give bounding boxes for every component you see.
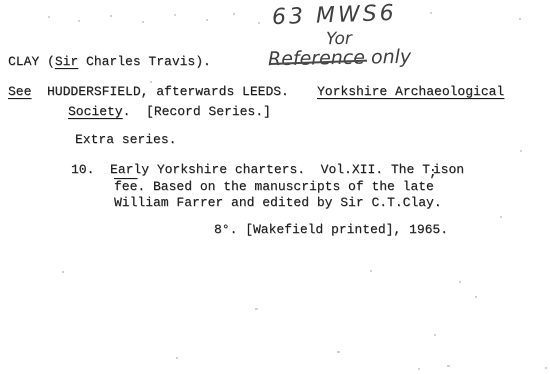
handwritten-note-word2: only [365,46,412,69]
overtyped-semicolon: ; [429,165,432,180]
series-title-line1: Yorkshire Archaeological [317,84,504,99]
extra-series-note: Extra series. [75,132,176,147]
entry-title-part2: ison [433,162,464,177]
series-title-underlined: Yorkshire Archaeological [317,84,504,99]
see-reference-main: HUDDERSFIELD, afterwards LEEDS. [31,84,288,99]
heading-sir-underlined: Sir [55,54,78,69]
heading-line: CLAY (Sir Charles Travis). [8,54,211,69]
entry-gap [94,162,110,177]
handwritten-reference-note: Reference only [268,46,412,70]
catalogue-card: 63 MWS6 Yor Reference only CLAY (Sir Cha… [0,0,550,374]
fee-overlined: fee [114,179,137,194]
entry-line2-rest: . Based on the manuscripts of the late [137,179,433,194]
see-reference-line: See HUDDERSFIELD, afterwards LEEDS. [8,84,289,99]
entry-title-part1: Early Yorkshire charters. Vol.XII. The T [110,162,430,177]
record-series-text: . [Record Series.] [123,104,271,119]
entry-title-line1: 10. Early Yorkshire charters. Vol.XII. T… [71,162,464,177]
see-word-underlined: See [8,84,31,99]
series-title-line2: Society. [Record Series.] [68,104,271,119]
heading-post: Charles Travis). [78,54,211,69]
society-underlined: Society [68,104,123,119]
entry-title-line3: William Farrer and edited by Sir C.T.Cla… [114,195,442,210]
entry-title-line2: fee. Based on the manuscripts of the lat… [114,179,434,194]
handwritten-note-word1: Reference [268,47,365,71]
entry-number: 10. [71,162,94,177]
imprint-line: 8°. [Wakefield printed], 1965. [214,222,448,237]
handwritten-shelfmark: 63 MWS6 [272,1,397,30]
heading-pre: CLAY ( [8,54,55,69]
